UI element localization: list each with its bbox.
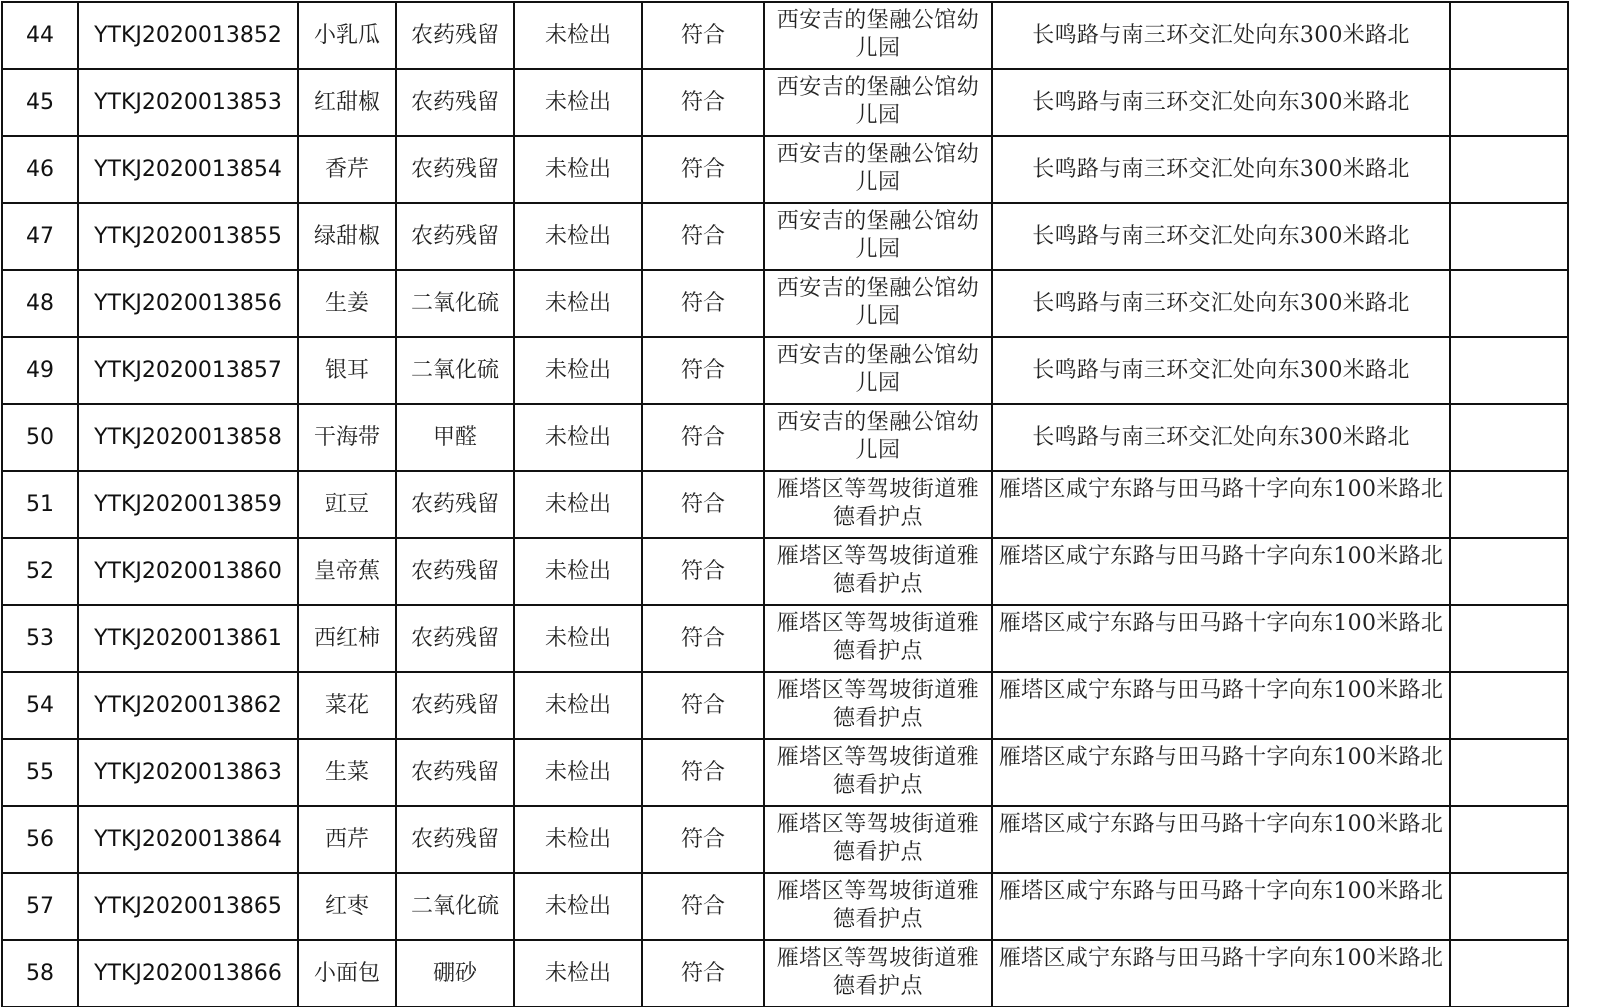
conclusion: 符合 [642, 404, 764, 471]
remark [1450, 270, 1568, 337]
table-body: 44 YTKJ2020013852 小乳瓜 农药残留 未检出 符合 西安吉的堡融… [2, 2, 1568, 1007]
table-row: 53 YTKJ2020013861 西红柿 农药残留 未检出 符合 雁塔区等驾坡… [2, 605, 1568, 672]
sample-name: 菜花 [298, 672, 396, 739]
remark [1450, 538, 1568, 605]
conclusion: 符合 [642, 203, 764, 270]
test-item: 农药残留 [396, 471, 514, 538]
table-row: 46 YTKJ2020013854 香芹 农药残留 未检出 符合 西安吉的堡融公… [2, 136, 1568, 203]
table-row: 54 YTKJ2020013862 菜花 农药残留 未检出 符合 雁塔区等驾坡街… [2, 672, 1568, 739]
remark [1450, 672, 1568, 739]
remark [1450, 404, 1568, 471]
test-result: 未检出 [514, 203, 642, 270]
sample-name: 红甜椒 [298, 69, 396, 136]
inspected-unit: 西安吉的堡融公馆幼儿园 [764, 136, 992, 203]
unit-address: 长鸣路与南三环交汇处向东300米路北 [992, 404, 1450, 471]
inspected-unit: 西安吉的堡融公馆幼儿园 [764, 69, 992, 136]
inspected-unit: 雁塔区等驾坡街道雅德看护点 [764, 672, 992, 739]
test-result: 未检出 [514, 873, 642, 940]
inspection-results-table: 44 YTKJ2020013852 小乳瓜 农药残留 未检出 符合 西安吉的堡融… [1, 1, 1569, 1007]
test-item: 农药残留 [396, 69, 514, 136]
unit-address: 长鸣路与南三环交汇处向东300米路北 [992, 2, 1450, 69]
unit-address: 雁塔区咸宁东路与田马路十字向东100米路北 [992, 739, 1450, 806]
test-result: 未检出 [514, 538, 642, 605]
table-row: 50 YTKJ2020013858 干海带 甲醛 未检出 符合 西安吉的堡融公馆… [2, 404, 1568, 471]
row-number: 49 [2, 337, 78, 404]
test-item: 农药残留 [396, 739, 514, 806]
test-item: 农药残留 [396, 203, 514, 270]
conclusion: 符合 [642, 806, 764, 873]
sample-code: YTKJ2020013853 [78, 69, 298, 136]
remark [1450, 2, 1568, 69]
row-number: 46 [2, 136, 78, 203]
table-row: 58 YTKJ2020013866 小面包 硼砂 未检出 符合 雁塔区等驾坡街道… [2, 940, 1568, 1007]
test-result: 未检出 [514, 605, 642, 672]
row-number: 47 [2, 203, 78, 270]
row-number: 53 [2, 605, 78, 672]
sample-name: 银耳 [298, 337, 396, 404]
unit-address: 雁塔区咸宁东路与田马路十字向东100米路北 [992, 672, 1450, 739]
sample-code: YTKJ2020013863 [78, 739, 298, 806]
sample-name: 干海带 [298, 404, 396, 471]
sample-code: YTKJ2020013860 [78, 538, 298, 605]
test-result: 未检出 [514, 270, 642, 337]
unit-address: 长鸣路与南三环交汇处向东300米路北 [992, 203, 1450, 270]
unit-address: 雁塔区咸宁东路与田马路十字向东100米路北 [992, 940, 1450, 1007]
sample-name: 绿甜椒 [298, 203, 396, 270]
table-row: 55 YTKJ2020013863 生菜 农药残留 未检出 符合 雁塔区等驾坡街… [2, 739, 1568, 806]
table-row: 49 YTKJ2020013857 银耳 二氧化硫 未检出 符合 西安吉的堡融公… [2, 337, 1568, 404]
inspected-unit: 西安吉的堡融公馆幼儿园 [764, 203, 992, 270]
conclusion: 符合 [642, 873, 764, 940]
conclusion: 符合 [642, 672, 764, 739]
table-row: 57 YTKJ2020013865 红枣 二氧化硫 未检出 符合 雁塔区等驾坡街… [2, 873, 1568, 940]
inspected-unit: 西安吉的堡融公馆幼儿园 [764, 2, 992, 69]
sample-code: YTKJ2020013858 [78, 404, 298, 471]
inspected-unit: 雁塔区等驾坡街道雅德看护点 [764, 873, 992, 940]
sample-code: YTKJ2020013861 [78, 605, 298, 672]
row-number: 57 [2, 873, 78, 940]
conclusion: 符合 [642, 2, 764, 69]
remark [1450, 203, 1568, 270]
inspected-unit: 西安吉的堡融公馆幼儿园 [764, 270, 992, 337]
row-number: 55 [2, 739, 78, 806]
sample-code: YTKJ2020013856 [78, 270, 298, 337]
remark [1450, 69, 1568, 136]
row-number: 45 [2, 69, 78, 136]
sample-name: 皇帝蕉 [298, 538, 396, 605]
test-item: 农药残留 [396, 136, 514, 203]
table-row: 45 YTKJ2020013853 红甜椒 农药残留 未检出 符合 西安吉的堡融… [2, 69, 1568, 136]
remark [1450, 940, 1568, 1007]
test-result: 未检出 [514, 471, 642, 538]
test-result: 未检出 [514, 404, 642, 471]
inspected-unit: 雁塔区等驾坡街道雅德看护点 [764, 940, 992, 1007]
inspected-unit: 西安吉的堡融公馆幼儿园 [764, 404, 992, 471]
conclusion: 符合 [642, 739, 764, 806]
sample-code: YTKJ2020013852 [78, 2, 298, 69]
test-result: 未检出 [514, 739, 642, 806]
test-item: 二氧化硫 [396, 337, 514, 404]
row-number: 56 [2, 806, 78, 873]
sample-code: YTKJ2020013857 [78, 337, 298, 404]
inspected-unit: 雁塔区等驾坡街道雅德看护点 [764, 806, 992, 873]
inspected-unit: 雁塔区等驾坡街道雅德看护点 [764, 471, 992, 538]
remark [1450, 806, 1568, 873]
inspected-unit: 西安吉的堡融公馆幼儿园 [764, 337, 992, 404]
remark [1450, 136, 1568, 203]
sample-name: 小乳瓜 [298, 2, 396, 69]
conclusion: 符合 [642, 538, 764, 605]
conclusion: 符合 [642, 69, 764, 136]
remark [1450, 605, 1568, 672]
sample-name: 西芹 [298, 806, 396, 873]
test-result: 未检出 [514, 940, 642, 1007]
row-number: 44 [2, 2, 78, 69]
conclusion: 符合 [642, 136, 764, 203]
conclusion: 符合 [642, 270, 764, 337]
conclusion: 符合 [642, 605, 764, 672]
sample-name: 西红柿 [298, 605, 396, 672]
unit-address: 长鸣路与南三环交汇处向东300米路北 [992, 136, 1450, 203]
remark [1450, 337, 1568, 404]
remark [1450, 471, 1568, 538]
sample-code: YTKJ2020013859 [78, 471, 298, 538]
remark [1450, 873, 1568, 940]
row-number: 54 [2, 672, 78, 739]
row-number: 50 [2, 404, 78, 471]
table-row: 47 YTKJ2020013855 绿甜椒 农药残留 未检出 符合 西安吉的堡融… [2, 203, 1568, 270]
sample-name: 豇豆 [298, 471, 396, 538]
test-item: 农药残留 [396, 806, 514, 873]
conclusion: 符合 [642, 471, 764, 538]
test-result: 未检出 [514, 69, 642, 136]
table-row: 44 YTKJ2020013852 小乳瓜 农药残留 未检出 符合 西安吉的堡融… [2, 2, 1568, 69]
sample-code: YTKJ2020013865 [78, 873, 298, 940]
test-result: 未检出 [514, 672, 642, 739]
row-number: 48 [2, 270, 78, 337]
sample-code: YTKJ2020013855 [78, 203, 298, 270]
sample-code: YTKJ2020013866 [78, 940, 298, 1007]
test-item: 甲醛 [396, 404, 514, 471]
inspected-unit: 雁塔区等驾坡街道雅德看护点 [764, 739, 992, 806]
table-row: 52 YTKJ2020013860 皇帝蕉 农药残留 未检出 符合 雁塔区等驾坡… [2, 538, 1568, 605]
table-row: 51 YTKJ2020013859 豇豆 农药残留 未检出 符合 雁塔区等驾坡街… [2, 471, 1568, 538]
conclusion: 符合 [642, 337, 764, 404]
test-item: 二氧化硫 [396, 270, 514, 337]
sample-name: 小面包 [298, 940, 396, 1007]
sample-code: YTKJ2020013864 [78, 806, 298, 873]
sample-name: 红枣 [298, 873, 396, 940]
remark [1450, 739, 1568, 806]
sample-code: YTKJ2020013862 [78, 672, 298, 739]
unit-address: 长鸣路与南三环交汇处向东300米路北 [992, 337, 1450, 404]
test-result: 未检出 [514, 806, 642, 873]
unit-address: 长鸣路与南三环交汇处向东300米路北 [992, 69, 1450, 136]
row-number: 51 [2, 471, 78, 538]
test-item: 农药残留 [396, 538, 514, 605]
conclusion: 符合 [642, 940, 764, 1007]
table-row: 48 YTKJ2020013856 生姜 二氧化硫 未检出 符合 西安吉的堡融公… [2, 270, 1568, 337]
test-item: 二氧化硫 [396, 873, 514, 940]
test-item: 硼砂 [396, 940, 514, 1007]
test-result: 未检出 [514, 337, 642, 404]
sample-name: 生姜 [298, 270, 396, 337]
unit-address: 雁塔区咸宁东路与田马路十字向东100米路北 [992, 471, 1450, 538]
test-result: 未检出 [514, 2, 642, 69]
unit-address: 雁塔区咸宁东路与田马路十字向东100米路北 [992, 605, 1450, 672]
test-result: 未检出 [514, 136, 642, 203]
row-number: 52 [2, 538, 78, 605]
sample-name: 香芹 [298, 136, 396, 203]
inspected-unit: 雁塔区等驾坡街道雅德看护点 [764, 538, 992, 605]
unit-address: 雁塔区咸宁东路与田马路十字向东100米路北 [992, 538, 1450, 605]
test-item: 农药残留 [396, 605, 514, 672]
unit-address: 长鸣路与南三环交汇处向东300米路北 [992, 270, 1450, 337]
unit-address: 雁塔区咸宁东路与田马路十字向东100米路北 [992, 873, 1450, 940]
test-item: 农药残留 [396, 2, 514, 69]
table-row: 56 YTKJ2020013864 西芹 农药残留 未检出 符合 雁塔区等驾坡街… [2, 806, 1568, 873]
unit-address: 雁塔区咸宁东路与田马路十字向东100米路北 [992, 806, 1450, 873]
sample-code: YTKJ2020013854 [78, 136, 298, 203]
test-item: 农药残留 [396, 672, 514, 739]
sample-name: 生菜 [298, 739, 396, 806]
row-number: 58 [2, 940, 78, 1007]
inspected-unit: 雁塔区等驾坡街道雅德看护点 [764, 605, 992, 672]
